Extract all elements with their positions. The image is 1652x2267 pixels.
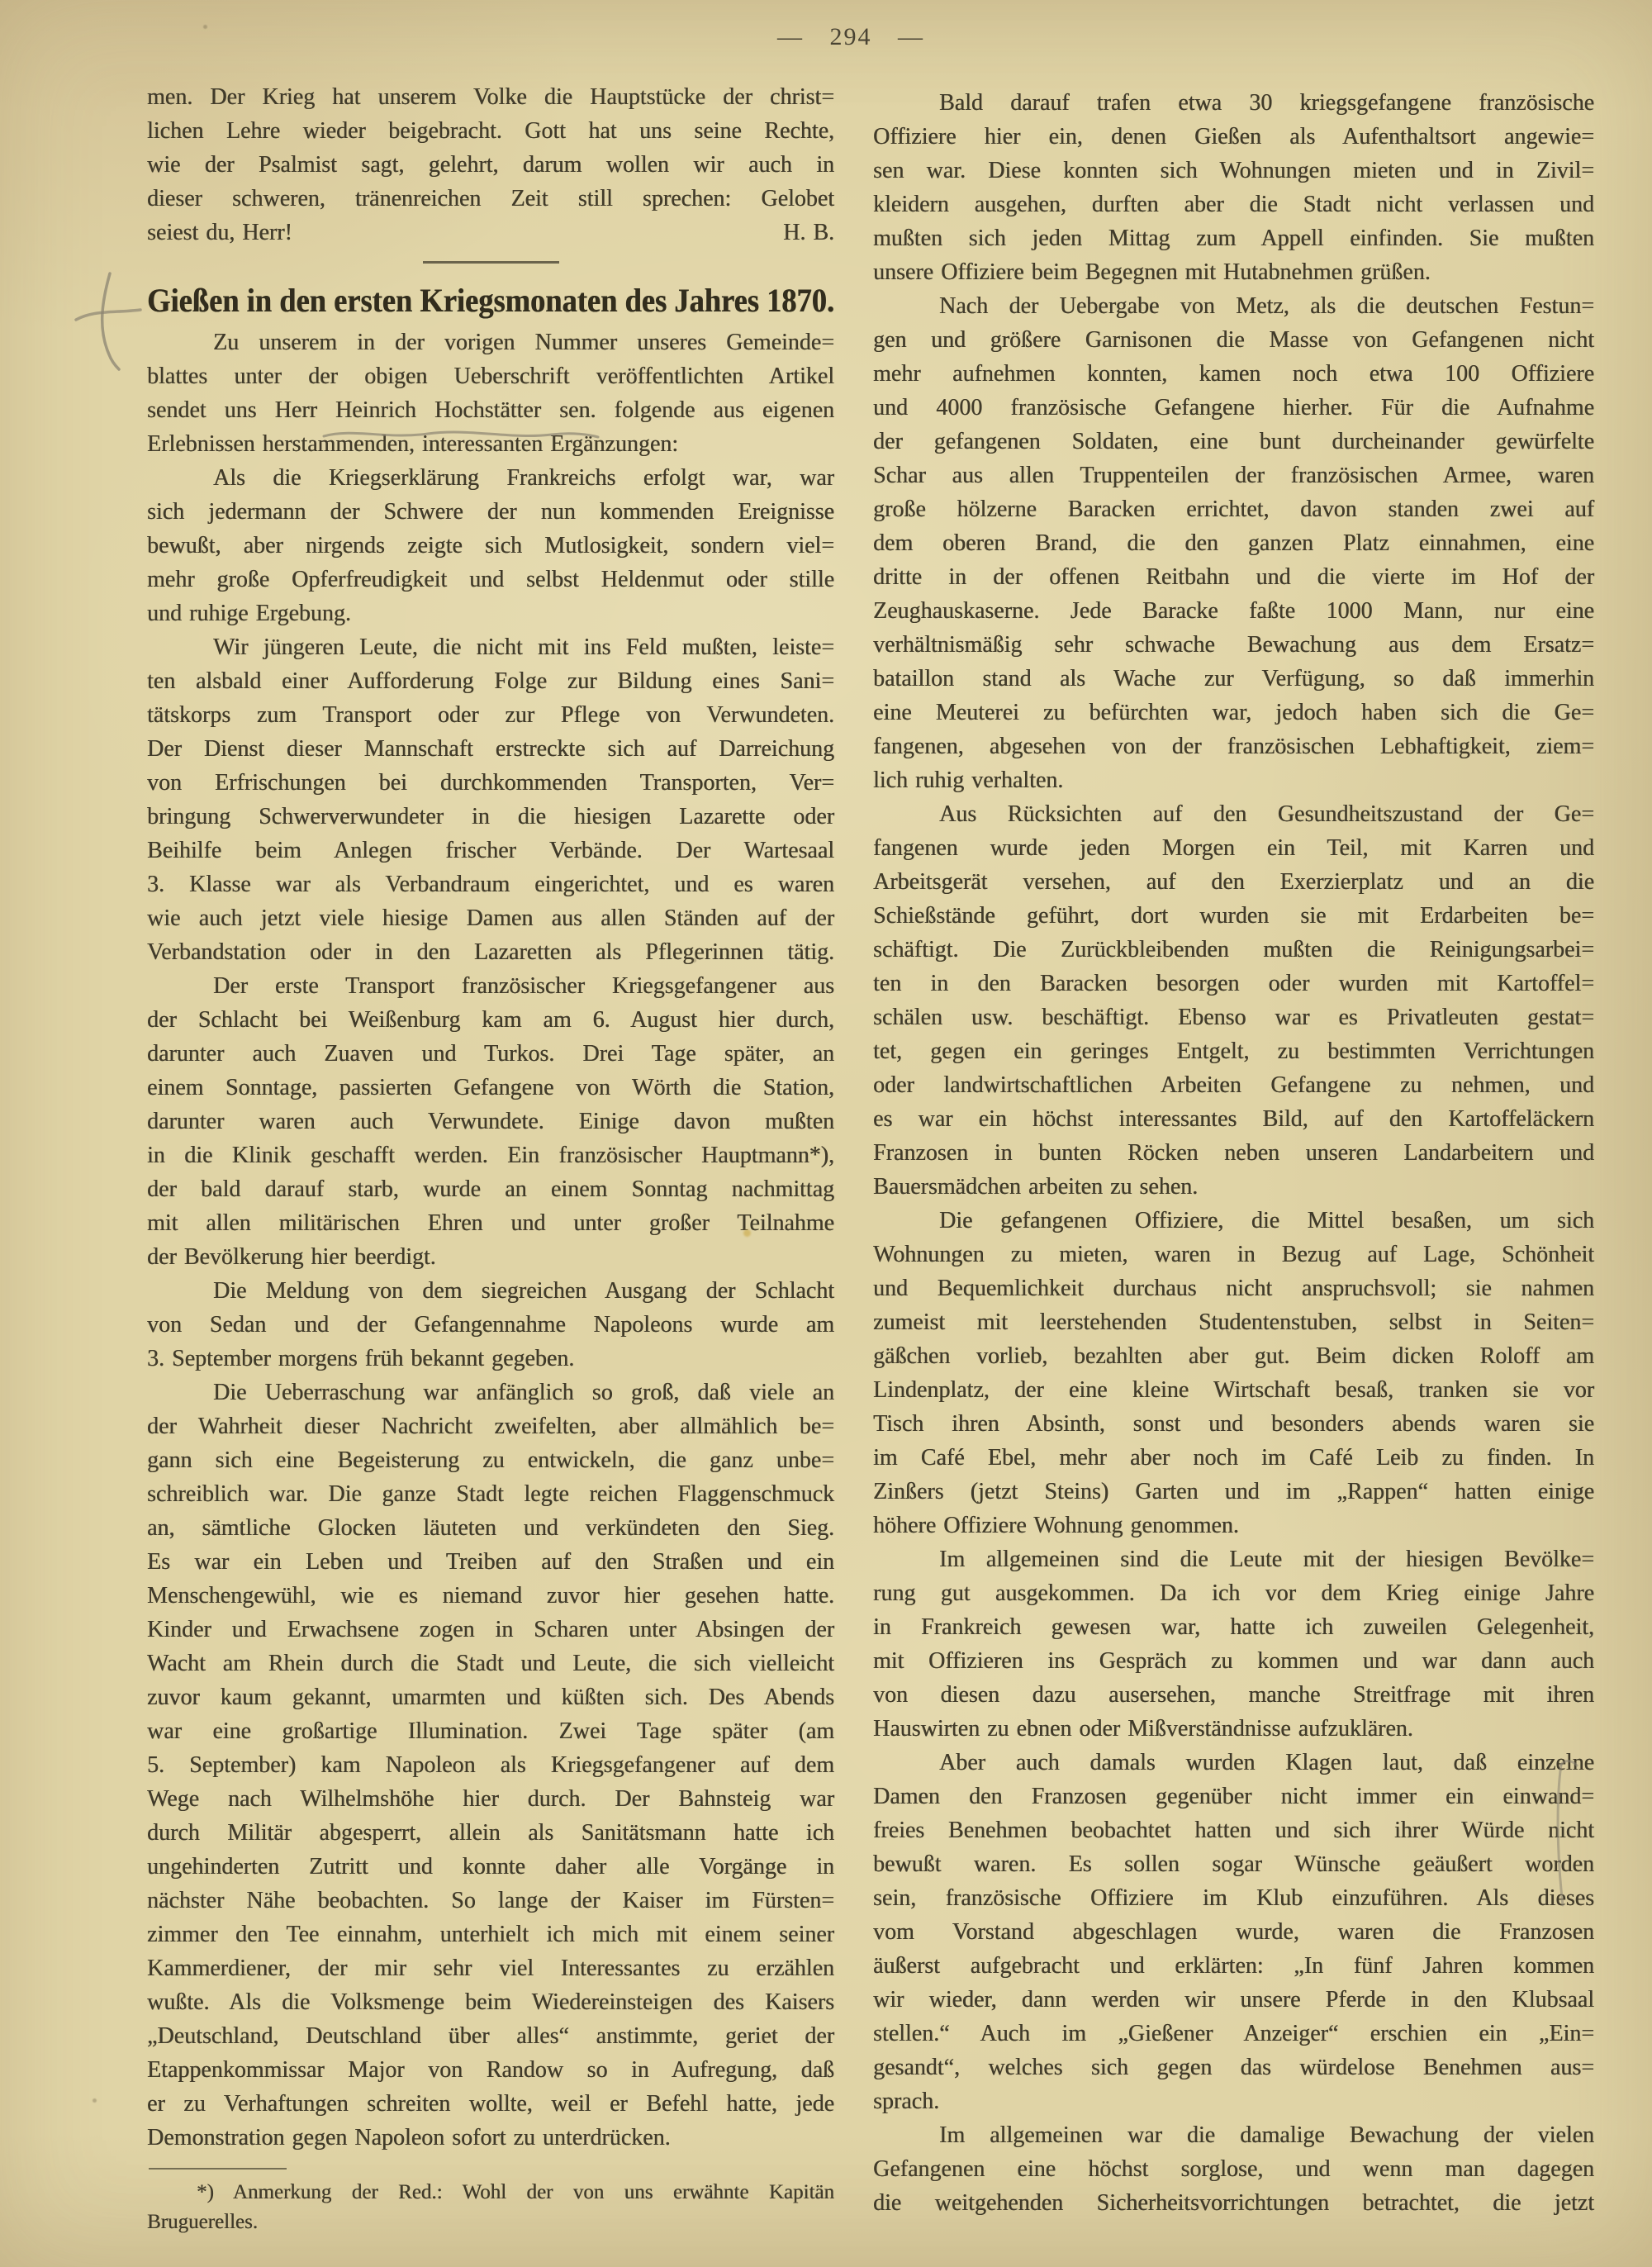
text-line: mit Offizieren ins Gespräch zu kommen un… — [873, 1644, 1594, 1678]
text-line: Im allgemeinen sind die Leute mit der hi… — [873, 1542, 1594, 1576]
text-line: Offiziere hier ein, denen Gießen als Auf… — [873, 120, 1594, 154]
text-line: ungehinderten Zutritt und konnte daher a… — [147, 1850, 834, 1884]
text-line: Gefangenen eine höchst sorglose, und wen… — [873, 2152, 1594, 2186]
text-line: Der erste Transport französischer Kriegs… — [147, 969, 834, 1003]
text-line: men. Der Krieg hat unserem Volke die Hau… — [147, 80, 834, 114]
text-line: kleidern ausgehen, durften aber die Stad… — [873, 188, 1594, 221]
text-line: ten in den Baracken besorgen oder wurden… — [873, 967, 1594, 1000]
text-line: in die Klinik geschafft werden. Ein fran… — [147, 1138, 834, 1172]
text-line: Die Ueberraschung war anfänglich so groß… — [147, 1376, 834, 1409]
footnote-line: Bruguerelles. — [147, 2208, 834, 2237]
text-line: Bauersmädchen arbeiten zu sehen. — [873, 1170, 1594, 1204]
text-line: Erlebnissen herstammenden, interessanten… — [147, 427, 834, 461]
text-line: der bald darauf starb, wurde an einem So… — [147, 1172, 834, 1206]
text-line: Zu unserem in der vorigen Nummer unseres… — [147, 326, 834, 359]
text-line: nächster Nähe beobachten. So lange der K… — [147, 1884, 834, 1918]
text-line: darunter auch Zuaven und Turkos. Drei Ta… — [147, 1037, 834, 1071]
pencil-cross-mark — [71, 269, 145, 376]
text-line: Als die Kriegserklärung Frankreichs erfo… — [147, 461, 834, 495]
paper-speck — [93, 2098, 97, 2103]
text-line: 3. September morgens früh bekannt gegebe… — [147, 1342, 834, 1376]
text-line: Hauswirten zu ebnen oder Mißverständniss… — [873, 1712, 1594, 1746]
text-line: sprach. — [873, 2084, 1594, 2118]
text-line: zumeist mit leerstehenden Studentenstube… — [873, 1305, 1594, 1339]
text-line: mußten sich jeden Mittag zum Appell einf… — [873, 221, 1594, 255]
text-line: Wacht am Rhein durch die Stadt und Leute… — [147, 1647, 834, 1680]
text-line: wie auch jetzt viele hiesige Damen aus a… — [147, 901, 834, 935]
text-line: Bald darauf trafen etwa 30 kriegsgefange… — [873, 86, 1594, 120]
paper-stain-speck — [743, 1229, 751, 1237]
text-line: Schießstände geführt, dort wurden sie mi… — [873, 899, 1594, 933]
text-line: gäßchen vorlieb, bezahlten aber gut. Bei… — [873, 1339, 1594, 1373]
text-line: tet, gegen ein geringes Entgelt, zu best… — [873, 1034, 1594, 1068]
text-line: vom Vorstand abgeschlagen wurde, waren d… — [873, 1915, 1594, 1949]
text-line: äußerst aufgebracht und erklärten: „In f… — [873, 1949, 1594, 1983]
text-line: von Erfrischungen bei durchkommenden Tra… — [147, 766, 834, 800]
text-line: dieser schweren, tränenreichen Zeit stil… — [147, 182, 834, 216]
text-line: der Schlacht bei Weißenburg kam am 6. Au… — [147, 1003, 834, 1037]
text-line: Aber auch damals wurden Klagen laut, daß… — [873, 1746, 1594, 1780]
text-line: 5. September) kam Napoleon als Kriegsgef… — [147, 1748, 834, 1782]
paper-speck — [692, 958, 696, 962]
text-line: tätskorps zum Transport oder zur Pflege … — [147, 698, 834, 732]
text-line: fangenen, abgesehen von der französische… — [873, 730, 1594, 763]
text-line: der gefangenen Soldaten, eine bunt durch… — [873, 425, 1594, 459]
text-line: der Wahrheit dieser Nachricht zweifelten… — [147, 1409, 834, 1443]
text-line: Kammerdiener, der mir sehr viel Interess… — [147, 1951, 834, 1985]
paper-speck — [203, 25, 207, 29]
text-line: Wir jüngeren Leute, die nicht mit ins Fe… — [147, 630, 834, 664]
text-line: mit allen militärischen Ehren und unter … — [147, 1206, 834, 1240]
text-line: Aus Rücksichten auf den Gesundheitszusta… — [873, 797, 1594, 831]
text-line: an, sämtliche Glocken läuteten und verkü… — [147, 1511, 834, 1545]
text-line: Demonstration gegen Napoleon sofort zu u… — [147, 2121, 834, 2155]
text-line: Zinßers (jetzt Steins) Garten und im „Ra… — [873, 1475, 1594, 1509]
text-line: dem oberen Brand, die den ganzen Platz e… — [873, 526, 1594, 560]
text-line: bataillon stand als Wache zur Verfügung,… — [873, 662, 1594, 696]
text-line: gesandt“, welches sich gegen das würdelo… — [873, 2051, 1594, 2084]
text-line: lichen Lehre wieder beigebracht. Gott ha… — [147, 114, 834, 148]
text-line: sein, französische Offiziere im Klub ein… — [873, 1881, 1594, 1915]
text-line: der Bevölkerung hier beerdigt. — [147, 1240, 834, 1274]
text-line: eine Meuterei zu befürchten war, jedoch … — [873, 696, 1594, 730]
text-line: schälen usw. beschäftigt. Ebenso war es … — [873, 1000, 1594, 1034]
author-initials: H. B. — [783, 216, 834, 250]
text-line: freies Benehmen beobachtet hatten und si… — [873, 1813, 1594, 1847]
text-line: Die Meldung von dem siegreichen Ausgang … — [147, 1274, 834, 1308]
closing-words: seiest du, Herr! — [147, 216, 292, 250]
footnote-line: *) Anmerkung der Red.: Wohl der von uns … — [147, 2178, 834, 2208]
text-line: Wohnungen zu mieten, waren in Bezug auf … — [873, 1238, 1594, 1271]
text-line: in Frankreich gewesen war, hatte ich zuw… — [873, 1610, 1594, 1644]
text-line: und 4000 französische Gefangene hierher.… — [873, 391, 1594, 425]
text-line: Schar aus allen Truppenteilen der franzö… — [873, 459, 1594, 492]
signature-line: seiest du, Herr!H. B. — [147, 216, 834, 250]
text-line: im Café Ebel, mehr aber noch im Café Lei… — [873, 1441, 1594, 1475]
text-line: von Sedan und der Gefangennahme Napoleon… — [147, 1308, 834, 1342]
text-line: bewußt waren. Es sollen sogar Wünsche ge… — [873, 1847, 1594, 1881]
text-line: wir wieder, dann werden wir unsere Pferd… — [873, 1983, 1594, 2017]
text-column-left: men. Der Krieg hat unserem Volke die Hau… — [147, 0, 834, 2237]
text-line: und Bequemlichkeit durchaus nicht anspru… — [873, 1271, 1594, 1305]
text-line: sendet uns Herr Heinrich Hochstätter sen… — [147, 393, 834, 427]
text-line: war eine großartige Illumination. Zwei T… — [147, 1714, 834, 1748]
text-line: Im allgemeinen war die damalige Bewachun… — [873, 2118, 1594, 2152]
text-line: Verbandstation oder in den Lazaretten al… — [147, 935, 834, 969]
text-line: Damen den Franzosen gegenüber nicht imme… — [873, 1780, 1594, 1813]
text-line: sen war. Diese konnten sich Wohnungen mi… — [873, 154, 1594, 188]
text-line: schäftigt. Die Zurückbleibenden mußten d… — [873, 933, 1594, 967]
text-line: und ruhige Ergebung. — [147, 596, 834, 630]
text-line: „Deutschland, Deutschland über alles“ an… — [147, 2019, 834, 2053]
text-line: Tisch ihren Absinth, sonst und besonders… — [873, 1407, 1594, 1441]
text-line: ten alsbald einer Aufforderung Folge zur… — [147, 664, 834, 698]
text-line: gann sich eine Begeisterung zu entwickel… — [147, 1443, 834, 1477]
text-line: bewußt, aber nirgends zeigte sich Mutlos… — [147, 529, 834, 563]
text-line: 3. Klasse war als Verbandraum eingericht… — [147, 867, 834, 901]
text-line: rung gut ausgekommen. Da ich vor dem Kri… — [873, 1576, 1594, 1610]
text-line: Der Dienst dieser Mannschaft erstreckte … — [147, 732, 834, 766]
text-line: fangenen wurde jeden Morgen ein Teil, mi… — [873, 831, 1594, 865]
section-divider-rule — [423, 261, 559, 264]
text-line: verhältnismäßig sehr schwache Bewachung … — [873, 628, 1594, 662]
text-line: Zeughauskaserne. Jede Baracke faßte 1000… — [873, 594, 1594, 628]
text-line: einem Sonntage, passierten Gefangene von… — [147, 1071, 834, 1105]
text-line: große hölzerne Baracken errichtet, davon… — [873, 492, 1594, 526]
text-line: die weitgehenden Sicherheitsvorrichtunge… — [873, 2186, 1594, 2220]
text-line: wie der Psalmist sagt, gelehrt, darum wo… — [147, 148, 834, 182]
text-line: Franzosen in bunten Röcken neben unseren… — [873, 1136, 1594, 1170]
text-line: zuvor kaum gekannt, umarmten und küßten … — [147, 1680, 834, 1714]
text-line: sich jedermann der Schwere der nun komme… — [147, 495, 834, 529]
text-line: durch Militär abgesperrt, allein als San… — [147, 1816, 834, 1850]
text-column-right: Bald darauf trafen etwa 30 kriegsgefange… — [873, 0, 1594, 2220]
text-line: lich ruhig verhalten. — [873, 763, 1594, 797]
footnote-divider-rule — [149, 2168, 287, 2170]
text-line: zimmer den Tee einnahm, unterhielt ich m… — [147, 1918, 834, 1951]
text-line: mehr aufnehmen konnten, kamen noch etwa … — [873, 357, 1594, 391]
text-line: Lindenplatz, der eine kleine Wirtschaft … — [873, 1373, 1594, 1407]
text-line: mehr große Opferfreudigkeit und selbst H… — [147, 563, 834, 596]
text-line: es war ein höchst interessantes Bild, au… — [873, 1102, 1594, 1136]
text-line: blattes unter der obigen Ueberschrift ve… — [147, 359, 834, 393]
text-line: Es war ein Leben und Treiben auf den Str… — [147, 1545, 834, 1579]
text-line: Menschengewühl, wie es niemand zuvor hie… — [147, 1579, 834, 1613]
text-line: bringung Schwerverwundeter in die hiesig… — [147, 800, 834, 834]
article-title: Gießen in den ersten Kriegsmonaten des J… — [147, 278, 834, 324]
text-line: gen und größere Garnisonen die Masse von… — [873, 323, 1594, 357]
text-line: Die gefangenen Offiziere, die Mittel bes… — [873, 1204, 1594, 1238]
text-line: schreiblich war. Die ganze Stadt legte r… — [147, 1477, 834, 1511]
text-line: unsere Offiziere beim Begegnen mit Hutab… — [873, 255, 1594, 289]
text-line: stellen.“ Auch im „Gießener Anzeiger“ er… — [873, 2017, 1594, 2051]
text-line: Kinder und Erwachsene zogen in Scharen u… — [147, 1613, 834, 1647]
text-line: Wege nach Wilhelmshöhe hier durch. Der B… — [147, 1782, 834, 1816]
text-line: darunter waren auch Verwundete. Einige d… — [147, 1105, 834, 1138]
text-line: Etappenkommissar Major von Randow so in … — [147, 2053, 834, 2087]
text-line: dritte in der offenen Reitbahn und die v… — [873, 560, 1594, 594]
text-line: Nach der Uebergabe von Metz, als die deu… — [873, 289, 1594, 323]
text-line: er zu Verhaftungen schreiten wollte, wei… — [147, 2087, 834, 2121]
text-line: wußte. Als die Volksmenge beim Wiederein… — [147, 1985, 834, 2019]
text-line: Beihilfe beim Anlegen frischer Verbände.… — [147, 834, 834, 867]
text-line: von diesen dazu ausersehen, manche Strei… — [873, 1678, 1594, 1712]
text-line: oder landwirtschaftlichen Arbeiten Gefan… — [873, 1068, 1594, 1102]
text-line: höhere Offiziere Wohnung genommen. — [873, 1509, 1594, 1542]
text-line: Arbeitsgerät versehen, auf den Exerzierp… — [873, 865, 1594, 899]
scanned-document-page: — 294 — men. Der Krieg hat unserem Volke… — [0, 0, 1652, 2267]
